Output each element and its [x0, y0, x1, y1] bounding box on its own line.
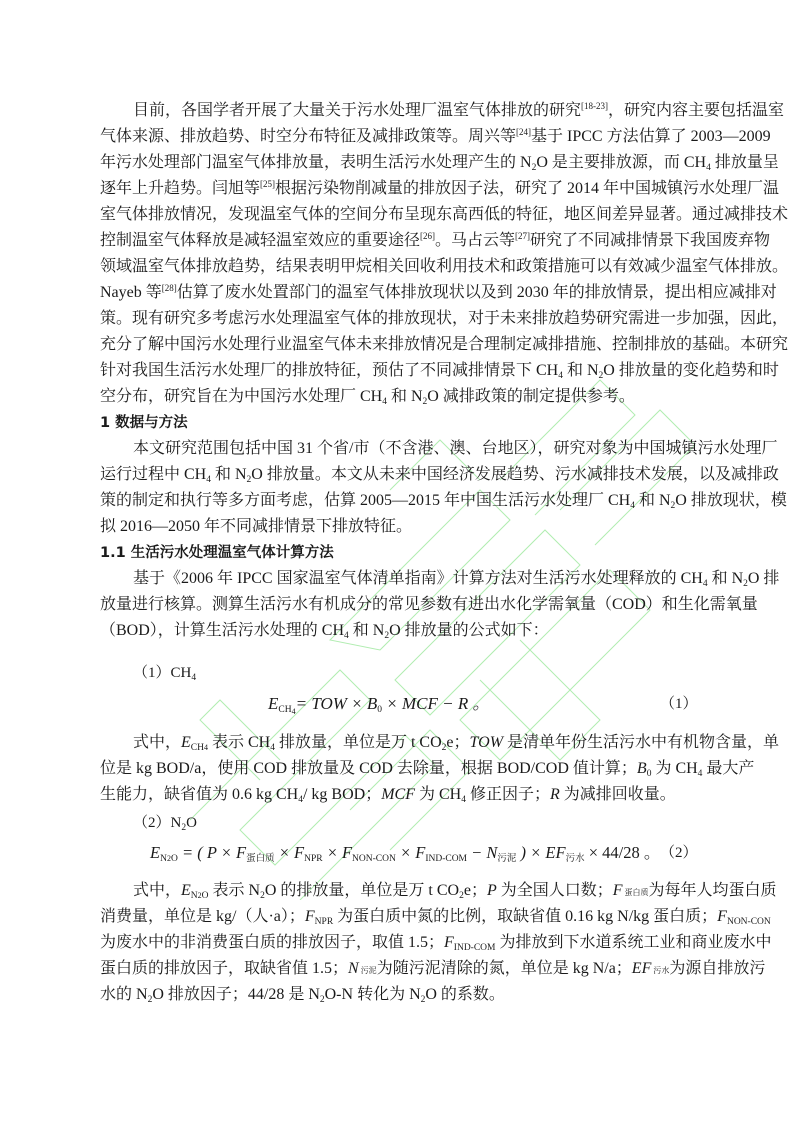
- item2-expl-line-5: 水的 N2O 排放因子；44/28 是 N2O-N 转化为 N2O 的系数。: [100, 982, 696, 1008]
- intro-line-12: 空分布，研究旨在为中国污水处理厂 CH4 和 N2O 减排政策的制定提供参考。: [100, 384, 696, 410]
- equation-1: ECH4= TOW × B0 × MCF − R 。: [268, 691, 489, 717]
- intro-line-10: 充分了解中国污水处理行业温室气体未来排放情况是合理制定减排措施、控制排放的基础。…: [100, 332, 696, 358]
- intro-line-5: 室气体排放情况，发现温室气体的空间分布呈现东高西低的特征，地区间差异显著。通过减…: [100, 202, 696, 228]
- intro-line-8: Nayeb 等[28]估算了废水处置部门的温室气体排放现状以及到 2030 年的…: [100, 280, 696, 306]
- item2-expl-line-1: 式中，EN2O 表示 N2O 的排放量，单位是万 t CO2e；P 为全国人口数…: [100, 878, 696, 904]
- section-heading-1: 1 数据与方法: [100, 410, 696, 436]
- section11-line-2: 放量进行核算。测算生活污水有机成分的常见参数有进出水化学需氧量（COD）和生化需…: [100, 592, 696, 618]
- section11-line-3: （BOD），计算生活污水处理的 CH4 和 N2O 排放量的公式如下：: [100, 618, 696, 644]
- citation-28[interactable]: [28]: [162, 283, 177, 293]
- item-1-label: （1）CH4: [100, 660, 696, 686]
- section-heading-1-1: 1.1 生活污水处理温室气体计算方法: [100, 540, 696, 566]
- item2-expl-line-4: 蛋白质的排放因子，取缺省值 1.5；N 污泥为随污泥清除的氮，单位是 kg N/…: [100, 956, 696, 982]
- intro-line-11: 针对我国生活污水处理厂的排放特征，预估了不同减排情景下 CH4 和 N2O 排放…: [100, 358, 696, 384]
- intro-line-6: 控制温室气体释放是减轻温室效应的重要途径[26]。马占云等[27]研究了不同减排…: [100, 228, 696, 254]
- intro-line-4: 逐年上升趋势。闫旭等[25]根据污染物削减量的排放因子法，研究了 2014 年中…: [100, 176, 696, 202]
- section1-line-2: 运行过程中 CH4 和 N2O 排放量。本文从未来中国经济发展趋势、污水减排技术…: [100, 462, 696, 488]
- section1-line-1: 本文研究范围包括中国 31 个省/市（不含港、澳、台地区），研究对象为中国城镇污…: [100, 436, 696, 462]
- intro-line-3: 年污水处理部门温室气体排放量，表明生活污水处理产生的 N2O 是主要排放源，而 …: [100, 150, 696, 176]
- intro-line-1: 目前，各国学者开展了大量关于污水处理厂温室气体排放的研究[18-23]，研究内容…: [100, 98, 696, 124]
- citation-25[interactable]: [25]: [260, 179, 275, 189]
- citation-18-23[interactable]: [18-23]: [581, 101, 608, 111]
- item-2-label: （2）N2O: [100, 810, 696, 836]
- item2-expl-line-2: 消费量，单位是 kg/（人·a）；FNPR 为蛋白质中氮的比例，取缺省值 0.1…: [100, 904, 696, 930]
- equation-number-1: （1）: [660, 691, 698, 717]
- item1-expl-line-3: 生能力，缺省值为 0.6 kg CH4/ kg BOD；MCF 为 CH4 修正…: [100, 782, 696, 808]
- item1-expl-line-2: 位是 kg BOD/a，使用 COD 排放量及 COD 去除量，根据 BOD/C…: [100, 756, 696, 782]
- intro-line-2: 气体来源、排放趋势、时空分布特征及减排政策等。周兴等[24]基于 IPCC 方法…: [100, 124, 696, 150]
- intro-line-9: 策。现有研究多考虑污水处理温室气体的排放现状，对于未来排放趋势研究需进一步加强，…: [100, 306, 696, 332]
- equation-number-2: （2）: [660, 840, 698, 866]
- citation-26[interactable]: [26]: [420, 231, 435, 241]
- section11-line-1: 基于《2006 年 IPCC 国家温室气体清单指南》计算方法对生活污水处理释放的…: [100, 566, 696, 592]
- section1-line-3: 策的制定和执行等多方面考虑，估算 2005—2015 年中国生活污水处理厂 CH…: [100, 488, 696, 514]
- citation-27[interactable]: [27]: [515, 231, 530, 241]
- equation-2: EN2O = ( P × F蛋白质 × FNPR × FNON-CON × FI…: [150, 840, 660, 866]
- item2-expl-line-3: 为废水中的非消费蛋白质的排放因子，取值 1.5；FIND-COM 为排放到下水道…: [100, 930, 696, 956]
- item1-expl-line-1: 式中，ECH4 表示 CH4 排放量，单位是万 t CO2e；TOW 是清单年份…: [100, 730, 696, 756]
- intro-line-7: 领域温室气体排放趋势，结果表明甲烷相关回收利用技术和政策措施可以有效减少温室气体…: [100, 254, 696, 280]
- citation-24[interactable]: [24]: [516, 127, 531, 137]
- section1-line-4: 拟 2016—2050 年不同减排情景下排放特征。: [100, 514, 696, 540]
